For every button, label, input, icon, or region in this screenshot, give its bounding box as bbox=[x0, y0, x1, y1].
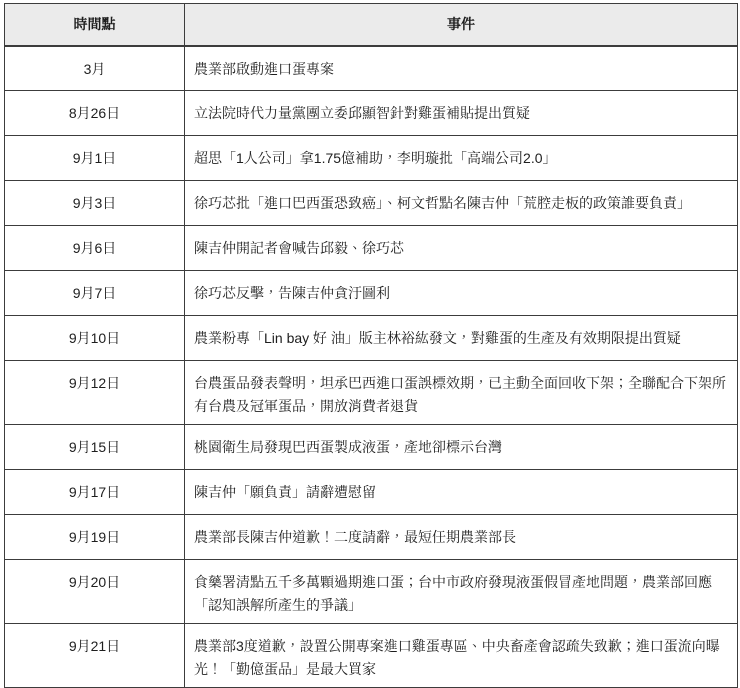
time-cell: 9月10日 bbox=[5, 316, 185, 361]
table-row: 9月17日 陳吉仲「願負責」請辭遭慰留 bbox=[5, 470, 738, 515]
event-cell: 台農蛋品發表聲明，坦承巴西進口蛋誤標效期，已主動全面回收下架；全聯配合下架所有台… bbox=[185, 361, 738, 425]
table-row: 3月 農業部啟動進口蛋專案 bbox=[5, 46, 738, 91]
event-cell: 立法院時代力量黨團立委邱顯智針對雞蛋補貼提出質疑 bbox=[185, 91, 738, 136]
event-cell: 農業部3度道歉，設置公開專案進口雞蛋專區、中央畜產會認疏失致歉；進口蛋流向曝光！… bbox=[185, 624, 738, 688]
table-row: 9月6日 陳吉仲開記者會喊告邱毅、徐巧芯 bbox=[5, 226, 738, 271]
event-cell: 陳吉仲開記者會喊告邱毅、徐巧芯 bbox=[185, 226, 738, 271]
event-cell: 徐巧芯反擊，告陳吉仲貪汙圖利 bbox=[185, 271, 738, 316]
header-row: 時間點 事件 bbox=[5, 4, 738, 46]
time-cell: 9月20日 bbox=[5, 560, 185, 624]
column-header-time: 時間點 bbox=[5, 4, 185, 46]
table-row: 9月10日 農業粉專「Lin bay 好 油」版主林裕紘發文，對雞蛋的生產及有效… bbox=[5, 316, 738, 361]
table-body: 3月 農業部啟動進口蛋專案 8月26日 立法院時代力量黨團立委邱顯智針對雞蛋補貼… bbox=[5, 46, 738, 688]
event-cell: 農業粉專「Lin bay 好 油」版主林裕紘發文，對雞蛋的生產及有效期限提出質疑 bbox=[185, 316, 738, 361]
time-cell: 9月12日 bbox=[5, 361, 185, 425]
table-row: 9月7日 徐巧芯反擊，告陳吉仲貪汙圖利 bbox=[5, 271, 738, 316]
column-header-event: 事件 bbox=[185, 4, 738, 46]
event-cell: 徐巧芯批「進口巴西蛋恐致癌」、柯文哲點名陳吉仲「荒腔走板的政策誰要負責」 bbox=[185, 181, 738, 226]
event-cell: 桃園衛生局發現巴西蛋製成液蛋，產地卻標示台灣 bbox=[185, 425, 738, 470]
time-cell: 9月1日 bbox=[5, 136, 185, 181]
page: 時間點 事件 3月 農業部啟動進口蛋專案 8月26日 立法院時代力量黨團立委邱顯… bbox=[0, 0, 740, 662]
time-cell: 3月 bbox=[5, 46, 185, 91]
time-cell: 9月7日 bbox=[5, 271, 185, 316]
timeline-table: 時間點 事件 3月 農業部啟動進口蛋專案 8月26日 立法院時代力量黨團立委邱顯… bbox=[4, 3, 738, 688]
time-cell: 9月21日 bbox=[5, 624, 185, 688]
table-row: 9月1日 超思「1人公司」拿1.75億補助，李明璇批「高端公司2.0」 bbox=[5, 136, 738, 181]
time-cell: 8月26日 bbox=[5, 91, 185, 136]
time-cell: 9月17日 bbox=[5, 470, 185, 515]
time-cell: 9月6日 bbox=[5, 226, 185, 271]
table-row: 9月19日 農業部長陳吉仲道歉！二度請辭，最短任期農業部長 bbox=[5, 515, 738, 560]
table-row: 9月15日 桃園衛生局發現巴西蛋製成液蛋，產地卻標示台灣 bbox=[5, 425, 738, 470]
event-cell: 陳吉仲「願負責」請辭遭慰留 bbox=[185, 470, 738, 515]
table-row: 8月26日 立法院時代力量黨團立委邱顯智針對雞蛋補貼提出質疑 bbox=[5, 91, 738, 136]
time-cell: 9月15日 bbox=[5, 425, 185, 470]
event-cell: 超思「1人公司」拿1.75億補助，李明璇批「高端公司2.0」 bbox=[185, 136, 738, 181]
event-cell: 農業部啟動進口蛋專案 bbox=[185, 46, 738, 91]
table-row: 9月20日 食藥署清點五千多萬顆過期進口蛋；台中市政府發現液蛋假冒產地問題，農業… bbox=[5, 560, 738, 624]
table-header: 時間點 事件 bbox=[5, 4, 738, 46]
event-cell: 食藥署清點五千多萬顆過期進口蛋；台中市政府發現液蛋假冒產地問題，農業部回應「認知… bbox=[185, 560, 738, 624]
event-cell: 農業部長陳吉仲道歉！二度請辭，最短任期農業部長 bbox=[185, 515, 738, 560]
time-cell: 9月3日 bbox=[5, 181, 185, 226]
table-row: 9月21日 農業部3度道歉，設置公開專案進口雞蛋專區、中央畜產會認疏失致歉；進口… bbox=[5, 624, 738, 688]
table-row: 9月3日 徐巧芯批「進口巴西蛋恐致癌」、柯文哲點名陳吉仲「荒腔走板的政策誰要負責… bbox=[5, 181, 738, 226]
table-row: 9月12日 台農蛋品發表聲明，坦承巴西進口蛋誤標效期，已主動全面回收下架；全聯配… bbox=[5, 361, 738, 425]
time-cell: 9月19日 bbox=[5, 515, 185, 560]
